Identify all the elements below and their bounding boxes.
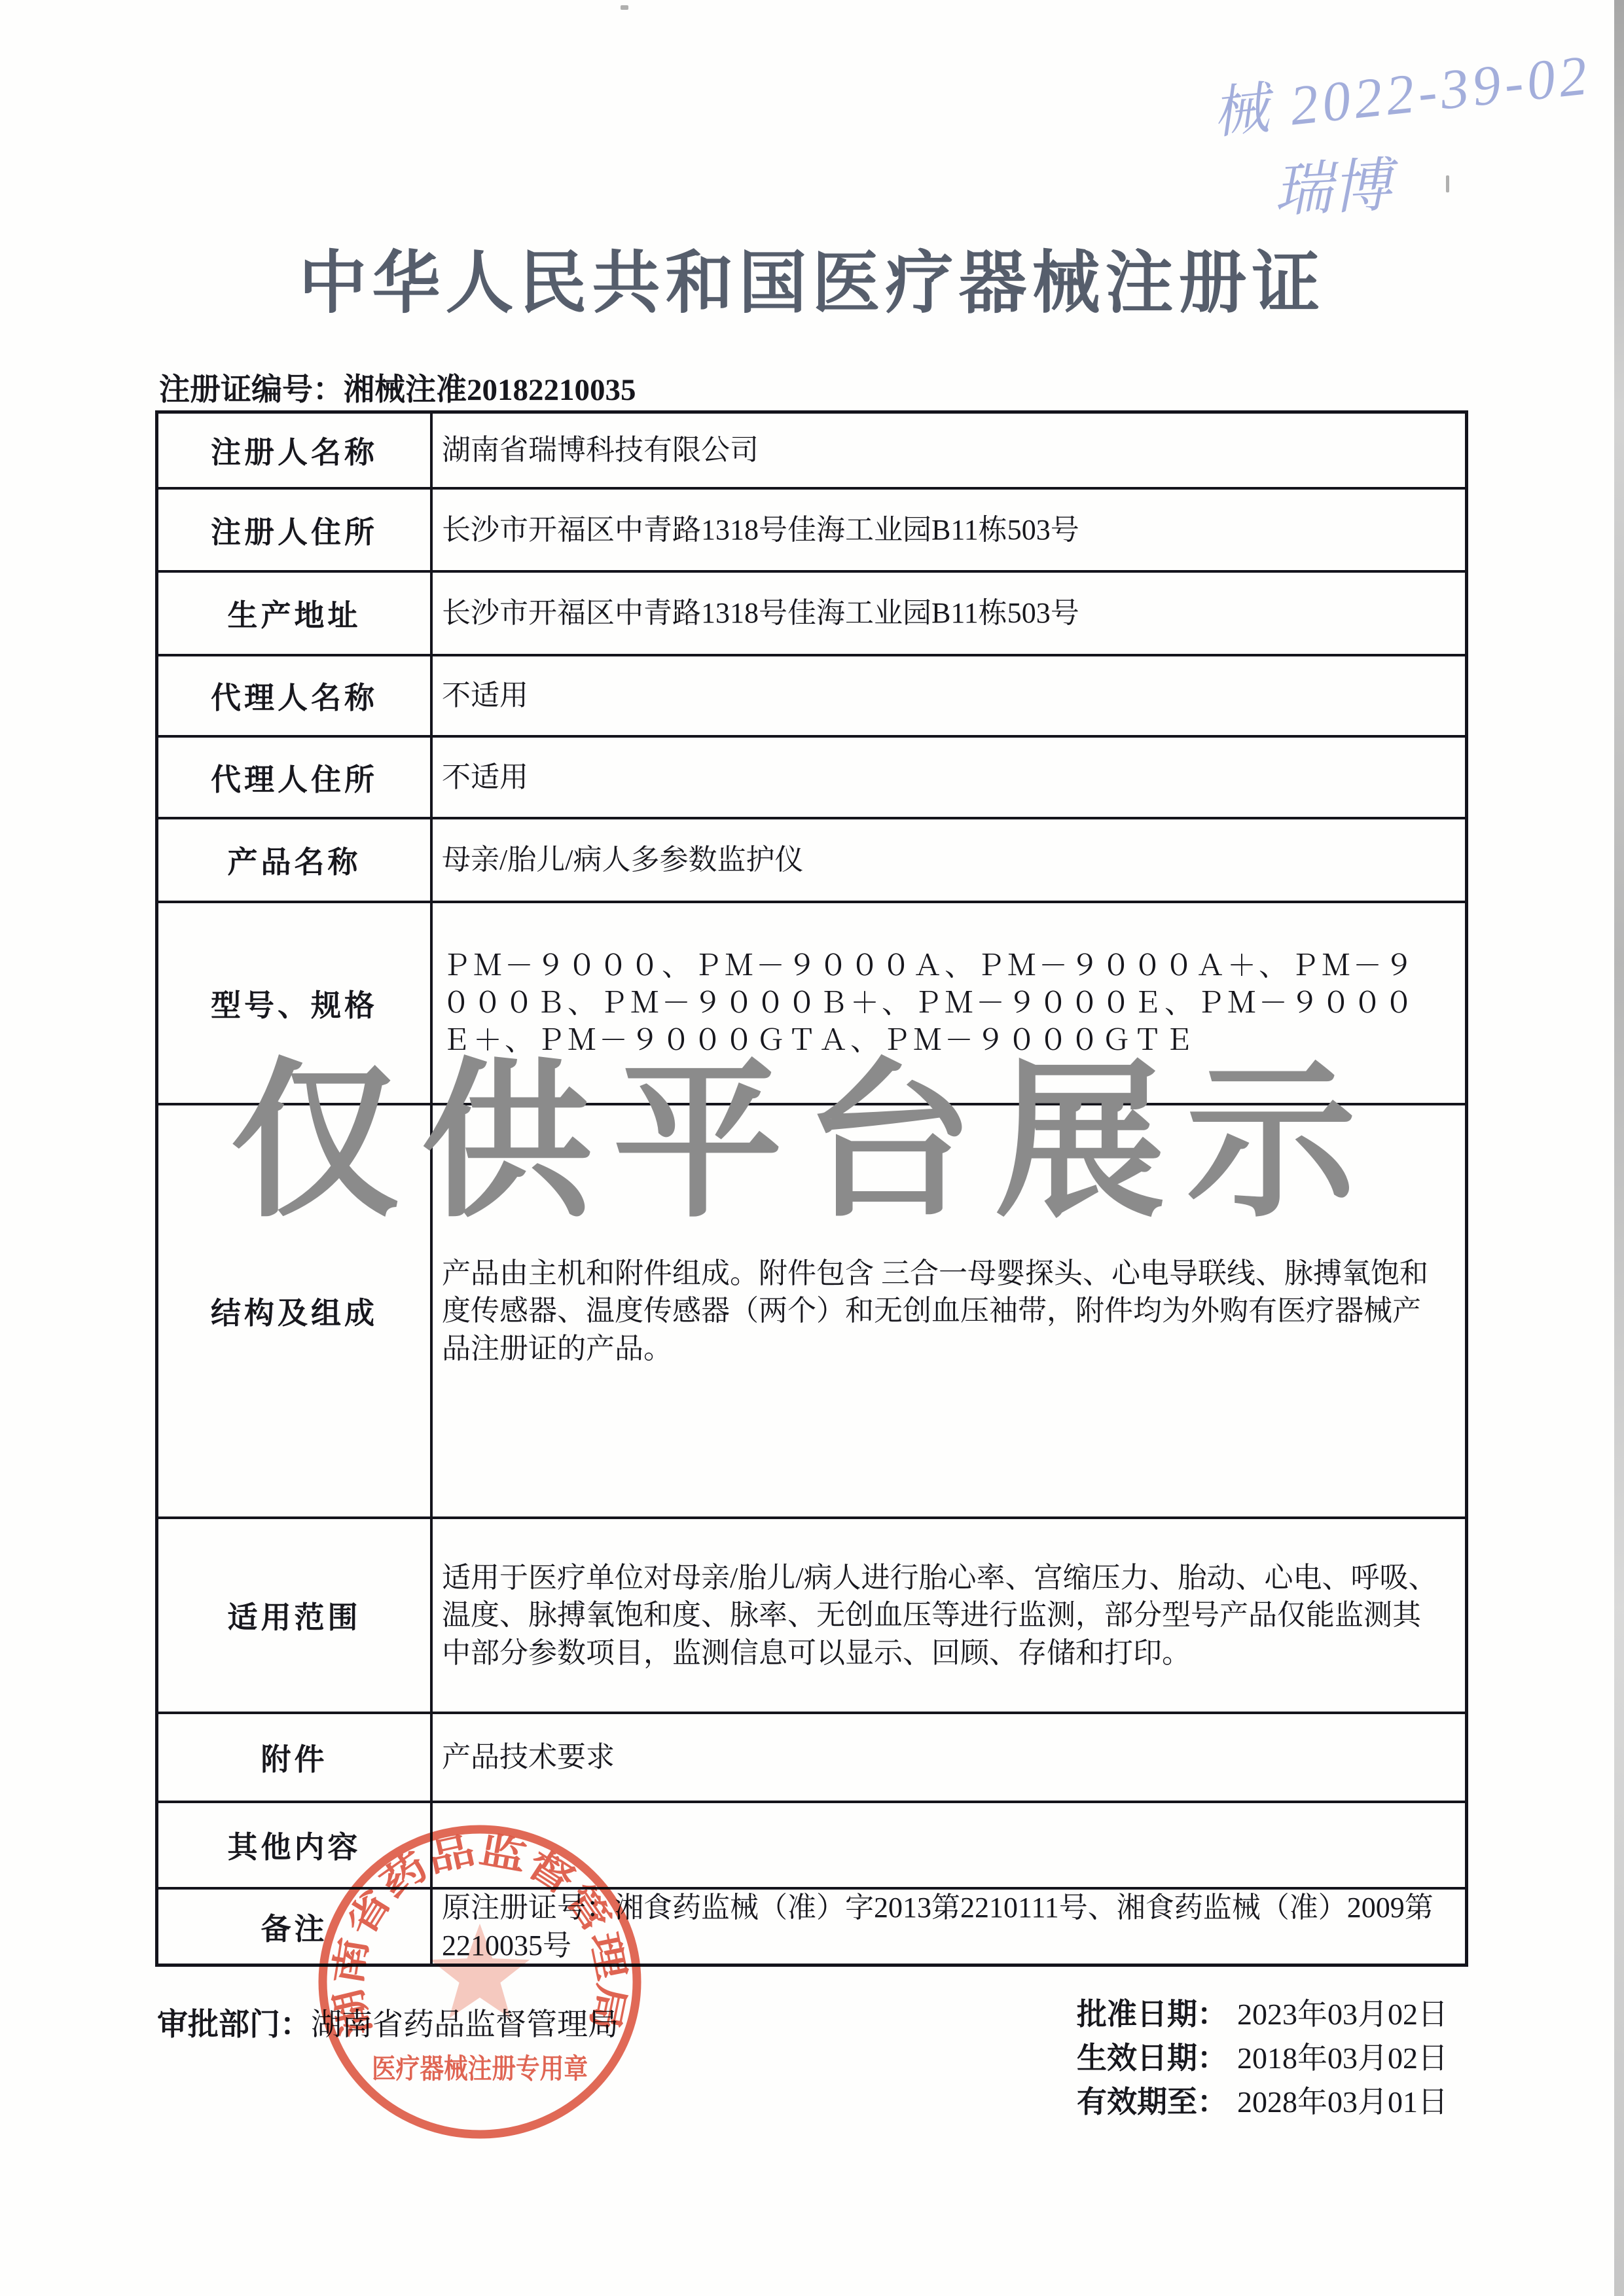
expiry-date-value: 2028年03月01日 — [1237, 2078, 1448, 2121]
approval-date-value: 2023年03月02日 — [1237, 1990, 1448, 2034]
approval-department-label: 审批部门： — [157, 2008, 311, 2042]
approval-date-label: 批准日期： — [1077, 1990, 1237, 2034]
row-label: 注册人名称 — [158, 414, 433, 487]
handwritten-note-line1: 械 2022-39-02 — [1208, 29, 1595, 149]
page-title: 中华人民共和国医疗器械注册证 — [0, 228, 1624, 326]
row-label: 生产地址 — [158, 573, 433, 654]
row-value: 长沙市开福区中青路1318号佳海工业园B11栋503号 — [433, 573, 1465, 654]
table-row: 产品名称 母亲/胎儿/病人多参数监护仪 — [158, 819, 1465, 903]
effective-date-label: 生效日期： — [1077, 2034, 1237, 2077]
registration-number-label: 注册证编号： — [159, 373, 344, 407]
effective-date-value: 2018年03月02日 — [1237, 2034, 1448, 2077]
platform-watermark: 仅供平台展示 — [230, 1047, 1377, 1238]
registration-number-line: 注册证编号：湘械注准20182210035 — [159, 365, 636, 409]
seal-star-icon — [430, 1924, 530, 2018]
registration-number-value: 湘械注准20182210035 — [344, 373, 636, 407]
approval-date-row: 批准日期： 2023年03月02日 — [1077, 1990, 1448, 2034]
row-label: 代理人住所 — [158, 738, 433, 817]
dates-block: 批准日期： 2023年03月02日 生效日期： 2018年03月02日 有效期至… — [1077, 1990, 1448, 2121]
expiry-date-label: 有效期至： — [1077, 2078, 1237, 2121]
row-value: 长沙市开福区中青路1318号佳海工业园B11栋503号 — [433, 490, 1465, 570]
table-row: 注册人住所 长沙市开福区中青路1318号佳海工业园B11栋503号 — [158, 490, 1465, 573]
certificate-page: 械 2022-39-02 瑞博 中华人民共和国医疗器械注册证 注册证编号：湘械注… — [0, 0, 1624, 2296]
row-label: 代理人名称 — [158, 656, 433, 735]
effective-date-row: 生效日期： 2018年03月02日 — [1077, 2034, 1448, 2077]
row-value: 不适用 — [433, 738, 1465, 817]
row-value: 不适用 — [433, 656, 1465, 735]
row-label: 适用范围 — [158, 1519, 433, 1712]
seal-center-text: 医疗器械注册专用章 — [372, 2053, 588, 2085]
expiry-date-row: 有效期至： 2028年03月01日 — [1077, 2077, 1448, 2121]
row-label: 附件 — [158, 1714, 433, 1801]
table-row: 附件 产品技术要求 — [158, 1714, 1465, 1803]
row-label: 注册人住所 — [158, 490, 433, 570]
table-row: 代理人住所 不适用 — [158, 738, 1465, 819]
row-label: 产品名称 — [158, 819, 433, 901]
scan-edge-shadow — [1614, 0, 1624, 2296]
row-value: 湖南省瑞博科技有限公司 — [433, 414, 1465, 487]
scan-speck — [1446, 175, 1449, 192]
table-row: 代理人名称 不适用 — [158, 656, 1465, 738]
row-value: 适用于医疗单位对母亲/胎儿/病人进行胎心率、宫缩压力、胎动、心电、呼吸、温度、脉… — [433, 1519, 1465, 1712]
table-row: 适用范围 适用于医疗单位对母亲/胎儿/病人进行胎心率、宫缩压力、胎动、心电、呼吸… — [158, 1519, 1465, 1714]
scan-speck — [621, 5, 628, 10]
row-value: 产品技术要求 — [433, 1714, 1465, 1801]
table-row: 生产地址 长沙市开福区中青路1318号佳海工业园B11栋503号 — [158, 573, 1465, 656]
official-seal-stamp: 湖南省药品监督管理局 医疗器械注册专用章 — [316, 1824, 643, 2151]
row-value: 母亲/胎儿/病人多参数监护仪 — [433, 819, 1465, 901]
table-row: 注册人名称 湖南省瑞博科技有限公司 — [158, 414, 1465, 490]
handwritten-note-line2: 瑞博 — [1271, 137, 1394, 228]
